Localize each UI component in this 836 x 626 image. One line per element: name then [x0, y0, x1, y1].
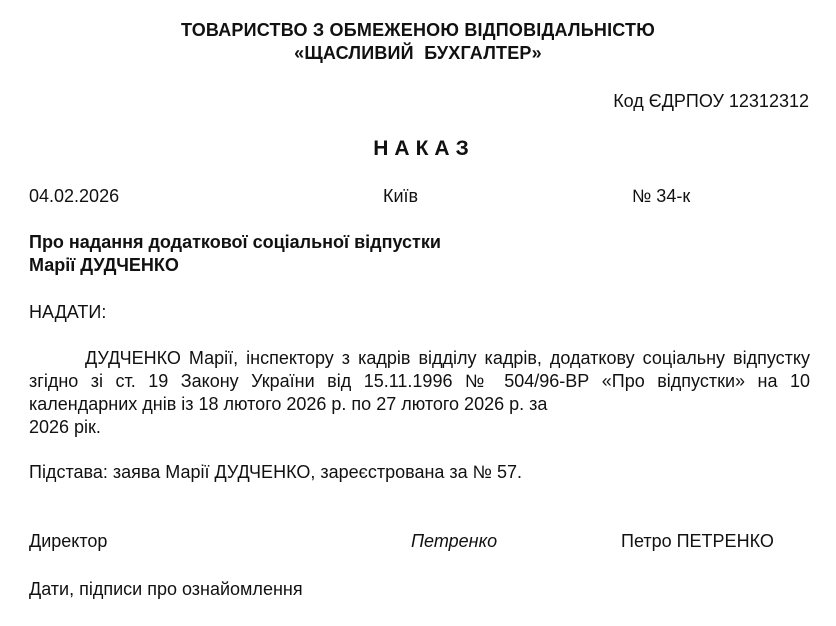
- signatory-position: Директор: [29, 531, 107, 552]
- order-body-paragraph: ДУДЧЕНКО Марії, інспектору з кадрів відд…: [29, 347, 810, 439]
- order-verb: НАДАТИ:: [29, 302, 106, 323]
- signatory-signature: Петренко: [411, 531, 497, 552]
- organization-name-line-1: ТОВАРИСТВО З ОБМЕЖЕНОЮ ВІДПОВІДАЛЬНІСТЮ: [0, 20, 836, 41]
- acquaintance-note: Дати, підписи про ознайомлення: [29, 579, 303, 600]
- document-date: 04.02.2026: [29, 186, 119, 207]
- subject-line-1: Про надання додаткової соціальної відпус…: [29, 232, 441, 253]
- document-title: НАКАЗ: [0, 137, 836, 161]
- edrpou-code: Код ЄДРПОУ 12312312: [613, 91, 809, 112]
- document-number: № 34-к: [632, 186, 690, 207]
- order-body-text: ДУДЧЕНКО Марії, інспектору з кадрів відд…: [29, 348, 810, 414]
- organization-name-line-2: «ЩАСЛИВИЙ БУХГАЛТЕР»: [0, 43, 836, 64]
- signatory-name: Петро ПЕТРЕНКО: [621, 531, 774, 552]
- order-body-text-end: 2026 рік.: [29, 417, 101, 437]
- document-city: Київ: [383, 186, 418, 207]
- basis-text: Підстава: заява Марії ДУДЧЕНКО, зареєстр…: [29, 462, 522, 483]
- subject-line-2: Марії ДУДЧЕНКО: [29, 255, 179, 276]
